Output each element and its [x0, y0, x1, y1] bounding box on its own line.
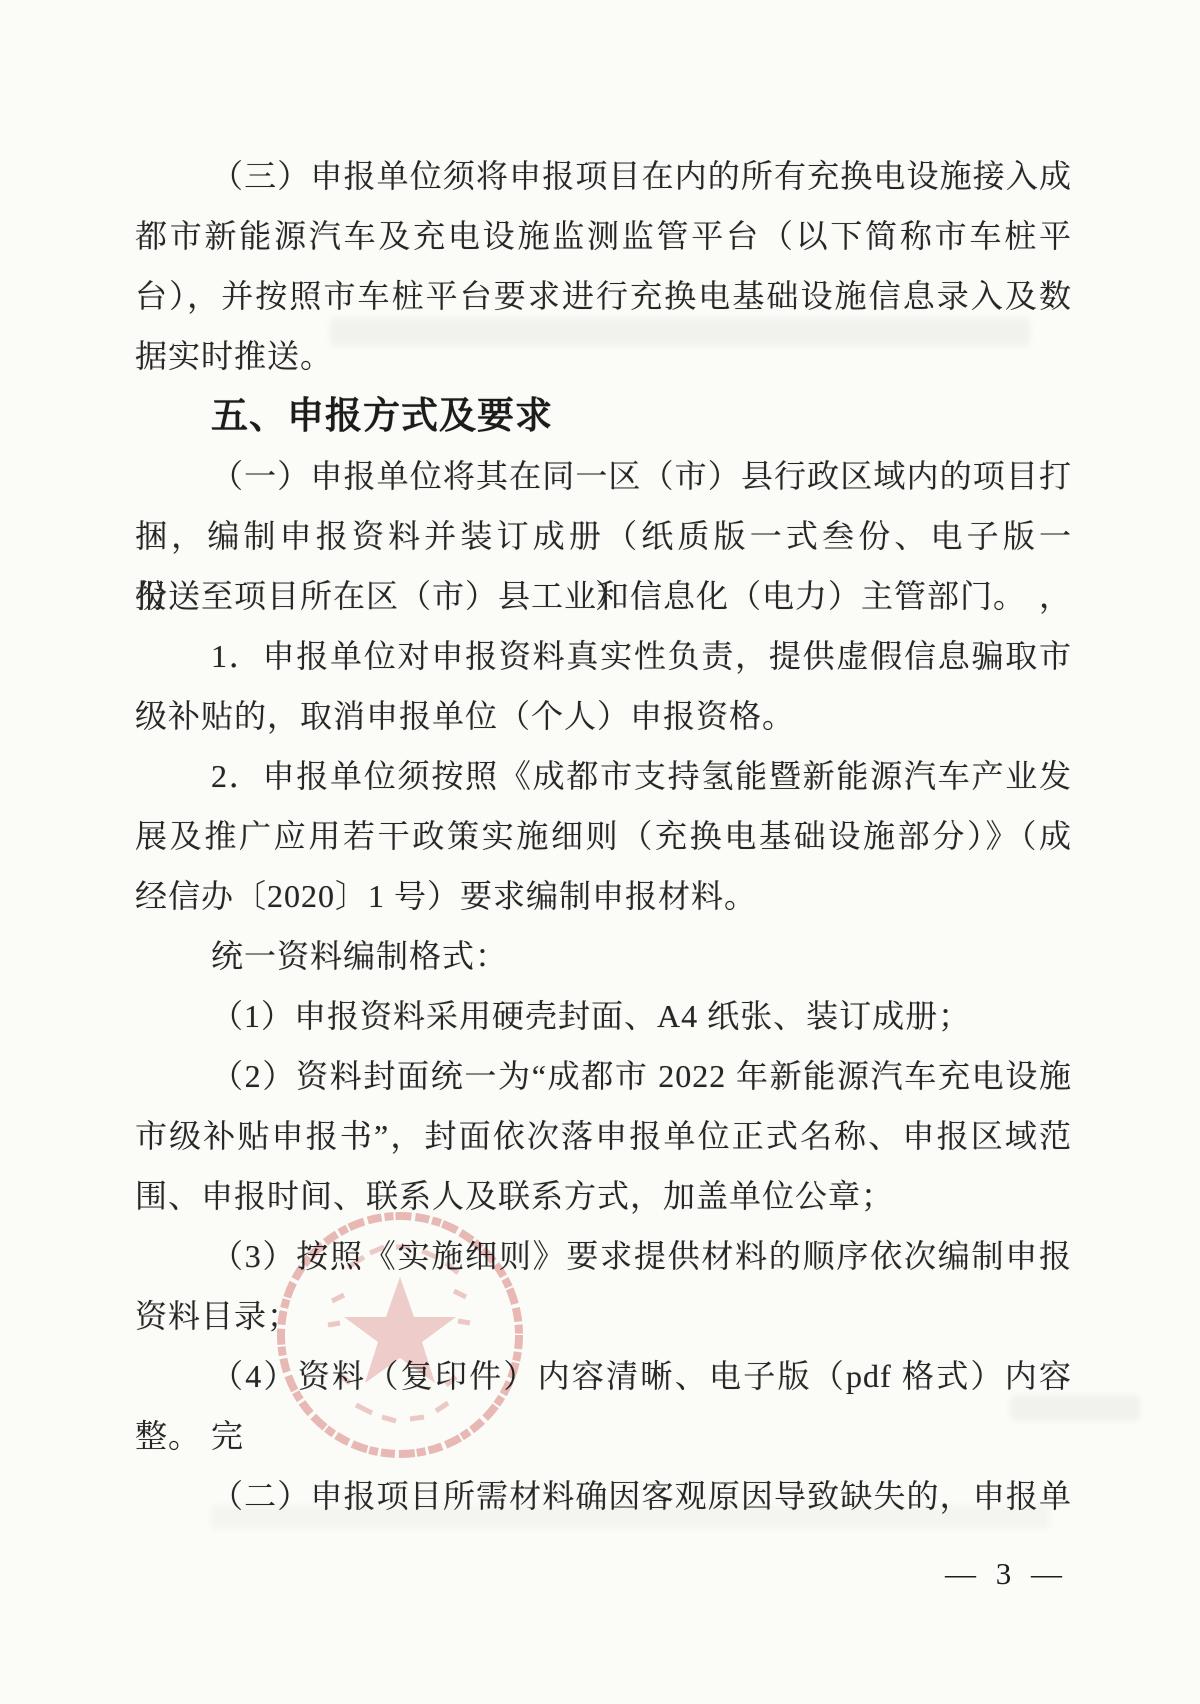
text-line: 都市新能源汽车及充电设施监测监管平台（以下简称市车桩平	[135, 206, 1072, 266]
text-line: 2．申报单位须按照《成都市支持氢能暨新能源汽车产业发	[135, 746, 1072, 806]
section-heading: 五、申报方式及要求	[135, 386, 1072, 446]
text-line: （4）资料（复印件）内容清晰、电子版（pdf 格式）内容完	[135, 1346, 1072, 1406]
text-line: 整。	[135, 1406, 1072, 1466]
text-line: （2）资料封面统一为“成都市 2022 年新能源汽车充电设施	[135, 1046, 1072, 1106]
text-line: 1．申报单位对申报资料真实性负责，提供虚假信息骗取市	[135, 626, 1072, 686]
text-line: （二）申报项目所需材料确因客观原因导致缺失的，申报单	[135, 1466, 1072, 1526]
text-line: （3）按照《实施细则》要求提供材料的顺序依次编制申报	[135, 1226, 1072, 1286]
text-line: 捆，编制申报资料并装订成册（纸质版一式叁份、电子版一份），	[135, 506, 1072, 566]
text-line: 统一资料编制格式：	[135, 926, 1072, 986]
text-line: （三）申报单位须将申报项目在内的所有充换电设施接入成	[135, 146, 1072, 206]
document-body: （三）申报单位须将申报项目在内的所有充换电设施接入成都市新能源汽车及充电设施监测…	[135, 146, 1072, 1526]
page-number: — 3 —	[945, 1556, 1068, 1592]
text-line: （1）申报资料采用硬壳封面、A4 纸张、装订成册；	[135, 986, 1072, 1046]
text-line: 台），并按照市车桩平台要求进行充换电基础设施信息录入及数	[135, 266, 1072, 326]
text-line: （一）申报单位将其在同一区（市）县行政区域内的项目打	[135, 446, 1072, 506]
text-line: 资料目录；	[135, 1286, 1072, 1346]
document-page: （三）申报单位须将申报项目在内的所有充换电设施接入成都市新能源汽车及充电设施监测…	[0, 0, 1200, 1704]
text-line: 经信办〔2020〕1 号）要求编制申报材料。	[135, 866, 1072, 926]
text-line: 展及推广应用若干政策实施细则（充换电基础设施部分）》（成	[135, 806, 1072, 866]
text-line: 围、申报时间、联系人及联系方式，加盖单位公章；	[135, 1166, 1072, 1226]
text-line: 据实时推送。	[135, 326, 1072, 386]
text-line: 报送至项目所在区（市）县工业和信息化（电力）主管部门。	[135, 566, 1072, 626]
text-line: 级补贴的，取消申报单位（个人）申报资格。	[135, 686, 1072, 746]
text-line: 市级补贴申报书”，封面依次落申报单位正式名称、申报区域范	[135, 1106, 1072, 1166]
